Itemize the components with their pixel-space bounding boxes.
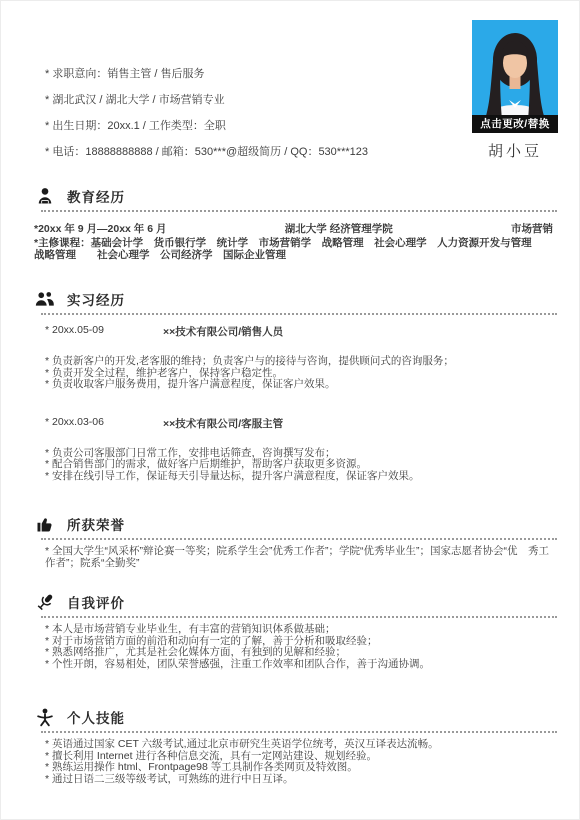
photo-change-button[interactable]: 点击更改/替换 [472, 115, 558, 133]
honors-bullets: * 全国大学生“风采杯”辩论赛一等奖；院系学生会”优秀工作者”；学院“优秀毕业生… [1, 540, 579, 569]
section-honors-header: 所获荣誉 [1, 513, 579, 535]
section-skills-header: 个人技能 [1, 706, 579, 728]
section-self-evaluation-header: 自我评价 [1, 591, 579, 613]
education-courses: *主修课程：基础会计学 货币银行学 统计学 市场营销学 战略管理 社会心理学 人… [1, 236, 579, 261]
internship-company-role: ××技术有限公司/销售人员 [163, 324, 283, 339]
person-arms-out-icon [34, 706, 56, 728]
bullet-item: * 熟练运用操作 html、Frontpage98 等工具制作各类网页及特效图。 [45, 762, 555, 774]
info-contact: * 电话：18888888888 / 邮箱：530***@超级简历 / QQ：5… [45, 146, 447, 158]
internship-bullets: * 负责新客户的开发,老客服的维持；负责客户与的接待与咨询，提供顾问式的咨询服务… [1, 339, 579, 391]
info-location-school-major: * 湖北武汉 / 湖北大学 / 市场营销专业 [45, 94, 447, 106]
bullet-item: * 安排在线引导工作，保证每天引导量达标，提升客户满意程度，保证客户效果。 [45, 471, 555, 483]
internship-entry-head: * 20xx.05-09 ××技术有限公司/销售人员 [1, 315, 579, 339]
skills-bullets: * 英语通过国家 CET 六级考试,通过北京市研究生英语学位统考，英汉互译表达流… [1, 733, 579, 785]
profile-photo[interactable]: 点击更改/替换 [472, 20, 558, 133]
candidate-name: 胡小豆 [472, 140, 558, 161]
bullet-item: * 负责收取客户服务费用，提升客户满意程度，保证客户效果。 [45, 379, 555, 391]
section-honors: 所获荣誉 * 全国大学生“风采杯”辩论赛一等奖；院系学生会”优秀工作者”；学院“… [1, 513, 579, 569]
section-title-internship: 实习经历 [67, 289, 125, 309]
internship-entry: * 20xx.03-06 ××技术有限公司/客服主管 * 负责公司客服部门日常工… [1, 407, 579, 483]
self-evaluation-bullets: * 本人是市场营销专业毕业生，有丰富的营销知识体系做基础； * 对于市场营销方面… [1, 618, 579, 670]
internship-entry: * 20xx.05-09 ××技术有限公司/销售人员 * 负责新客户的开发,老客… [1, 315, 579, 391]
internship-period: * 20xx.03-06 [45, 416, 163, 431]
thumbs-up-icon [34, 513, 56, 535]
section-title-self-evaluation: 自我评价 [67, 592, 125, 612]
header-block: * 求职意向：销售主管 / 售后服务 * 湖北武汉 / 湖北大学 / 市场营销专… [1, 1, 579, 172]
student-icon [34, 185, 56, 207]
info-job-intention: * 求职意向：销售主管 / 售后服务 [45, 68, 447, 80]
section-internship: 实习经历 * 20xx.05-09 ××技术有限公司/销售人员 * 负责新客户的… [1, 288, 579, 482]
microphone-icon [34, 591, 56, 613]
bullet-item: * 个性开朗，容易相处，团队荣誉感强，注重工作效率和团队合作，善于沟通协调。 [45, 659, 555, 671]
section-title-education: 教育经历 [67, 186, 125, 206]
section-skills: 个人技能 * 英语通过国家 CET 六级考试,通过北京市研究生英语学位统考，英汉… [1, 706, 579, 785]
section-internship-header: 实习经历 [1, 288, 579, 310]
education-period: *20xx 年 9 月—20xx 年 6 月 [34, 221, 167, 236]
section-self-evaluation: 自我评价 * 本人是市场营销专业毕业生，有丰富的营销知识体系做基础； * 对于市… [1, 591, 579, 670]
people-icon [34, 288, 56, 310]
bullet-item: * 配合销售部门的需求，做好客户后期维护，帮助客户获取更多资源。 [45, 459, 555, 471]
internship-bullets: * 负责公司客服部门日常工作，安排电话筛查，咨询撰写发布； * 配合销售部门的需… [1, 431, 579, 483]
internship-company-role: ××技术有限公司/客服主管 [163, 416, 283, 431]
bullet-item: * 英语通过国家 CET 六级考试,通过北京市研究生英语学位统考，英汉互译表达流… [45, 739, 555, 751]
bullet-item: * 负责新客户的开发,老客服的维持；负责客户与的接待与咨询，提供顾问式的咨询服务… [45, 356, 555, 368]
education-major: 市场营销 [511, 221, 553, 236]
bullet-item: * 全国大学生“风采杯”辩论赛一等奖；院系学生会”优秀工作者”；学院“优秀毕业生… [45, 546, 555, 569]
bullet-item: * 本人是市场营销专业毕业生，有丰富的营销知识体系做基础； [45, 624, 555, 636]
section-title-skills: 个人技能 [67, 707, 125, 727]
section-title-honors: 所获荣誉 [67, 514, 125, 534]
internship-entry-head: * 20xx.03-06 ××技术有限公司/客服主管 [1, 407, 579, 431]
info-birthdate-worktype: * 出生日期：20xx.1 / 工作类型：全职 [45, 120, 447, 132]
personal-info: * 求职意向：销售主管 / 售后服务 * 湖北武汉 / 湖北大学 / 市场营销专… [45, 68, 447, 172]
section-education: 教育经历 *20xx 年 9 月—20xx 年 6 月 湖北大学 经济管理学院 … [1, 185, 579, 261]
education-entry: *20xx 年 9 月—20xx 年 6 月 湖北大学 经济管理学院 市场营销 [1, 212, 579, 236]
internship-period: * 20xx.05-09 [45, 324, 163, 339]
bullet-item: * 熟悉网络推广，尤其是社会化媒体方面，有独到的见解和经验； [45, 647, 555, 659]
bullet-item: * 通过日语二三级等级考试，可熟练的进行中日互译。 [45, 774, 555, 786]
resume-page: * 求职意向：销售主管 / 售后服务 * 湖北武汉 / 湖北大学 / 市场营销专… [0, 0, 580, 820]
section-education-header: 教育经历 [1, 185, 579, 207]
photo-column: 点击更改/替换 胡小豆 [472, 20, 558, 172]
education-school: 湖北大学 经济管理学院 [285, 221, 393, 236]
